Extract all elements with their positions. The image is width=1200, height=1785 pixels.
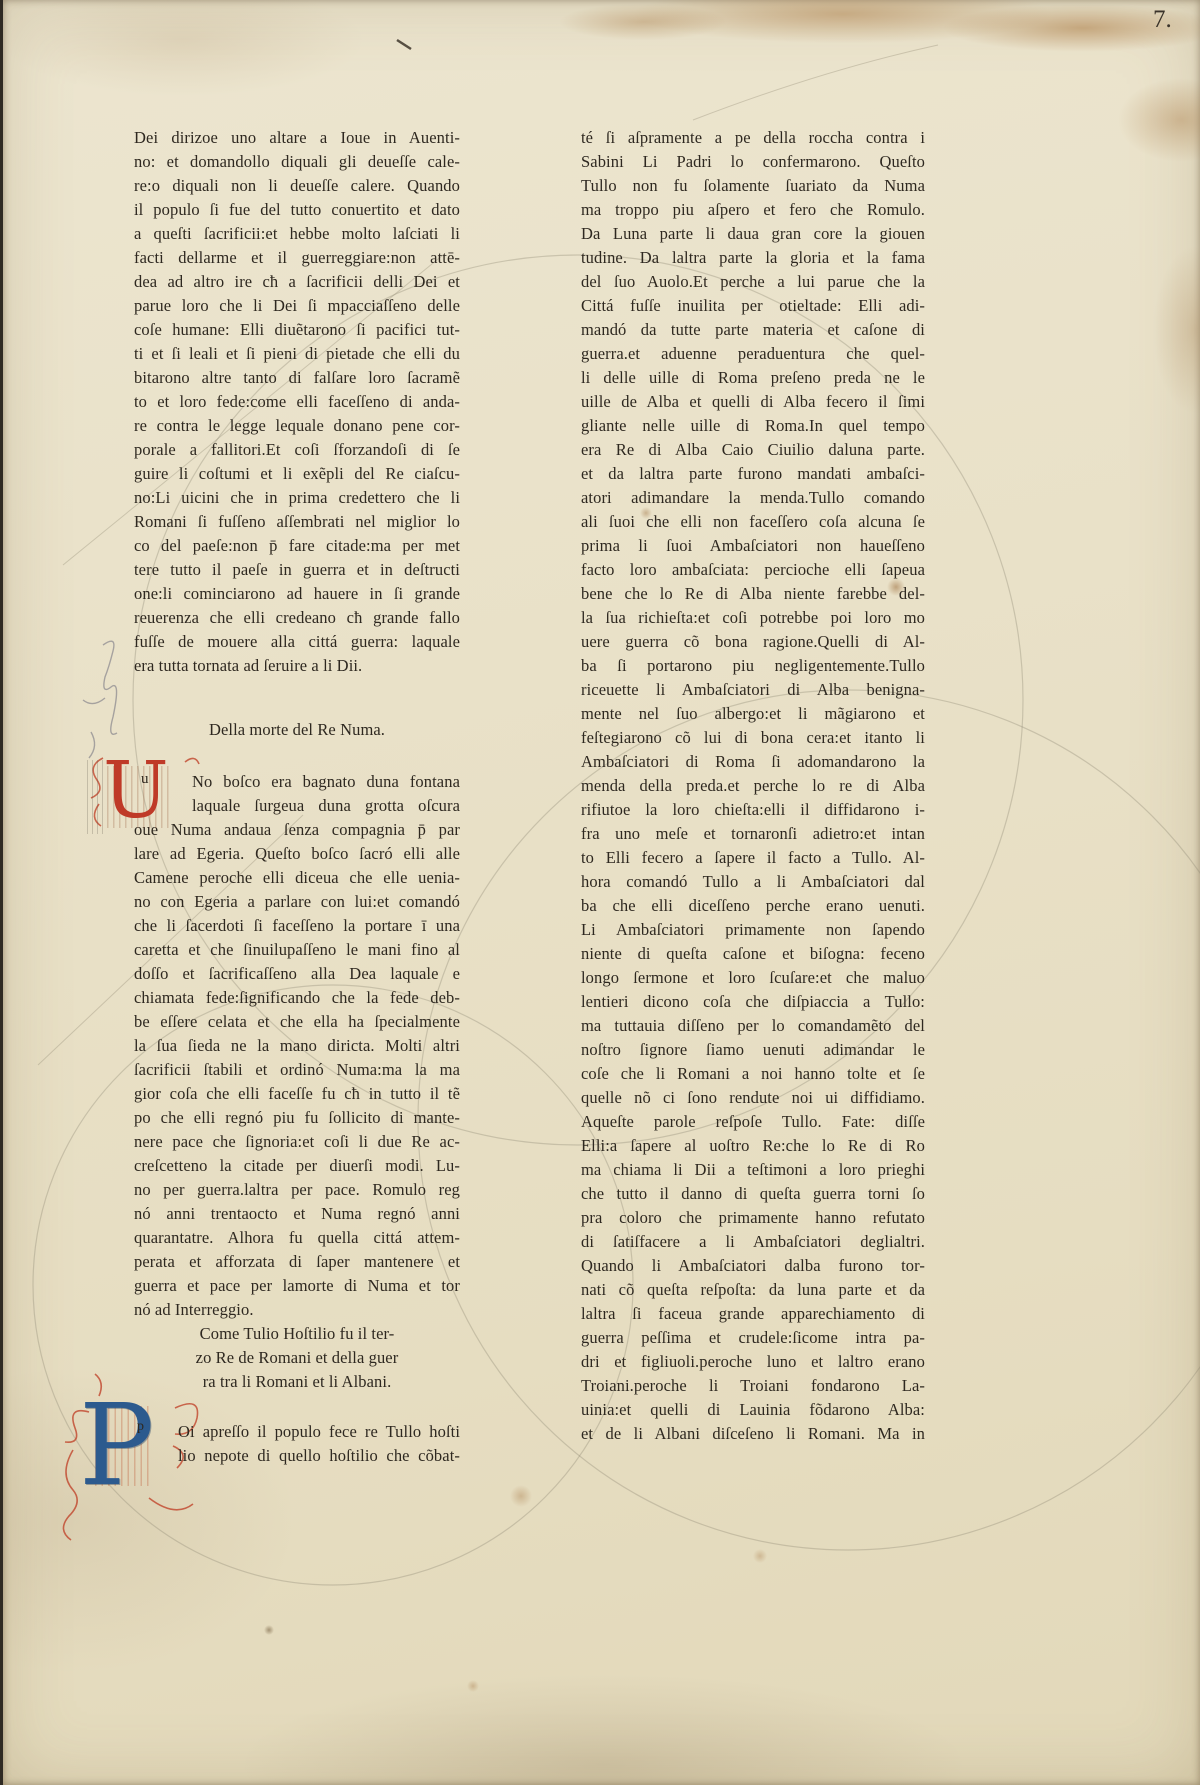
text-line: no: et domandollo diquali gli deueſſe ca…	[134, 150, 460, 174]
guide-letter-p: p	[137, 1420, 144, 1434]
text-line: atori adimandare la menda.Tullo comando	[581, 486, 925, 510]
text-line: uinia:et quelli di Lauinia fõdarono Alba…	[581, 1398, 925, 1422]
text-line: Sabini Li Padri lo confermarono. Queſto	[581, 150, 925, 174]
text-line: Cittá fuſſe inuilita per otieltade: Elli…	[581, 294, 925, 318]
scanned-incunable-page: 7. Dei dirizoe uno altare a Ioue in Auen…	[0, 0, 1200, 1785]
text-line: fra uno meſe et tornaronſi adietro:et in…	[581, 822, 925, 846]
text-line: guerra peſſima et crudele:ſicome intra p…	[581, 1326, 925, 1350]
text-line: feſtegiarono cõ lui di bona cera:et itan…	[581, 726, 925, 750]
text-line: one:li cominciarono ad hauere in ſi gran…	[134, 582, 460, 606]
text-line: la ſua ſieda ne la mano diricta. Molti a…	[134, 1034, 460, 1058]
text-line: la ſua richieſta:et coſi potrebbe poi lo…	[581, 606, 925, 630]
text-line: Tullo non fu ſolamente ſuariato da Numa	[581, 174, 925, 198]
text-line: bene che lo Re di Alba niente farebbe de…	[581, 582, 925, 606]
text-line: Elli:a ſapere al uoſtro Re:che lo Re di …	[581, 1134, 925, 1158]
initial-letter-U: U	[103, 752, 169, 830]
text-line: a queſti ſacrificii:et hebbe molto laſci…	[134, 222, 460, 246]
text-line: Ambaſciatori di Roma ſi adomandarono la	[581, 750, 925, 774]
text-line: che li ſacerdoti ſi faceſſeno la portare…	[134, 914, 460, 938]
paragraph-2: oue Numa andaua ſenza compagnia p̄ parla…	[134, 818, 460, 1298]
text-line: no per guerra.laltra per pace. Romulo re…	[134, 1178, 460, 1202]
text-line: bitarono altre tanto di falſare loro ſac…	[134, 366, 460, 390]
text-line: uille de Alba et quelli di Alba fecero i…	[581, 390, 925, 414]
chapter-heading-tullo: Come Tulio Hoſtilio fu il ter-zo Re de R…	[134, 1322, 460, 1394]
text-line: fuſſe de mouere alla cittá guerra: laqua…	[134, 630, 460, 654]
text-line: Li Ambaſciatori primamente non ſapendo	[581, 918, 925, 942]
paragraph-2-last-line: nó ad Interreggio.	[134, 1298, 460, 1322]
text-line: quarantatre. Alhora fu quella cittá atte…	[134, 1226, 460, 1250]
text-line: ma troppo piu aſpero et fero che Romulo.	[581, 198, 925, 222]
text-line: chiamata fede:ſignificando che la fede d…	[134, 986, 460, 1010]
text-line: laltra ſi faceua grande apparechiamento …	[581, 1302, 925, 1326]
rubricated-initial-U: U u	[101, 764, 187, 834]
text-line: no con Egeria a parlare con lui:et coman…	[134, 890, 460, 914]
text-line: facti dellarme et il guerreggiare:non at…	[134, 246, 460, 270]
text-line: lentieri dicono coſa che diſpiaccia a Tu…	[581, 990, 925, 1014]
right-column: té ſi aſpramente a pe della roccha contr…	[581, 126, 925, 1446]
text-line: ſacrificii ſtabili et ordinó Numa:ma la …	[134, 1058, 460, 1082]
text-line: no:Li uicini che in prima credettero che…	[134, 486, 460, 510]
text-line: rifiutoe la loro chieſta:elli il diffida…	[581, 798, 925, 822]
text-line: di ſatiſfacere a li Ambaſciatori deglial…	[581, 1230, 925, 1254]
text-line: re contra le legge lequale donano pene c…	[134, 414, 460, 438]
text-line: noſtro ſignore ſiamo uenuti adimandar le	[581, 1038, 925, 1062]
text-line: porale a fallitori.Et coſi ſforzandoſi d…	[134, 438, 460, 462]
text-line: caretta et che ſinuilupaſſeno le mani fi…	[134, 938, 460, 962]
text-line: Da Luna parte li daua gran core la gioue…	[581, 222, 925, 246]
text-line: longo ſermone et loro ſcuſare:et che mal…	[581, 966, 925, 990]
text-line: tudine. Da laltra parte la gloria et la …	[581, 246, 925, 270]
text-line: del ſuo Auolo.Et perche a lui parue che …	[581, 270, 925, 294]
text-line: coſe humane: Elli diuẽtarono ſi pacifici…	[134, 318, 460, 342]
text-line: prima li ſuoi Ambaſciatori non haueſſeno	[581, 534, 925, 558]
text-line: Aqueſte parole reſpoſe Tullo. Fate: diſſ…	[581, 1110, 925, 1134]
marginal-scribble	[83, 641, 117, 758]
text-line: dea ad altro ire cħ a ſacrificii delli D…	[134, 270, 460, 294]
text-line: Romani ſi fuſſeno aſſembrati nel miglior…	[134, 510, 460, 534]
text-line: tere tutto il paeſe in guerra et in deſt…	[134, 558, 460, 582]
text-line: Camene peroche elli diceua che elle ueni…	[134, 866, 460, 890]
initial-letter-P: P	[79, 1398, 154, 1494]
heading-line: zo Re de Romani et della guer	[134, 1346, 460, 1370]
text-line: gliante nelle uille di Roma.In quel temp…	[581, 414, 925, 438]
illuminated-initial-P: P p	[69, 1398, 185, 1573]
text-line: hora comandó Tullo a li Ambaſciatori dal	[581, 870, 925, 894]
text-line: pra coloro che primamente hanno refutato	[581, 1206, 925, 1230]
text-line: nó anni trentaocto et Numa regnó anni	[134, 1202, 460, 1226]
text-line: mente nel ſuo albergo:et li mãgiarono et	[581, 702, 925, 726]
text-line: Troiani.peroche li Troiani fondarono La-	[581, 1374, 925, 1398]
text-line: co del paeſe:non p̄ fare citade:ma per m…	[134, 534, 460, 558]
text-line: ali ſuoi che elli non faceſſero coſa alc…	[581, 510, 925, 534]
text-line: coſe che li Romani a noi hanno tolte et …	[581, 1062, 925, 1086]
text-line: riceuette li Ambaſciatori di Alba benign…	[581, 678, 925, 702]
text-line: be eſſere celata et che ella ha ſpecialm…	[134, 1010, 460, 1034]
paragraph-1-last-line: era tutta tornata ad ſeruire a li Dii.	[134, 654, 460, 678]
text-line: lare ad Egeria. Queſto boſco ſacró elli …	[134, 842, 460, 866]
right-column-text: té ſi aſpramente a pe della roccha contr…	[581, 126, 925, 1446]
text-line: et de li Albani diſceſeno li Romani. Ma …	[581, 1422, 925, 1446]
text-line: era Re di Alba Caio Ciuilio daluna parte…	[581, 438, 925, 462]
text-line: nati cõ queſta reſpoſta: da luna parte e…	[581, 1278, 925, 1302]
chapter-heading-numa: Della morte del Re Numa.	[134, 718, 460, 742]
text-line: creſcetteno la citade per diuerſi modi. …	[134, 1154, 460, 1178]
text-line: to et loro fede:come elli faceſſeno di a…	[134, 390, 460, 414]
text-line: Quando li Ambaſciatori dalba furono tor-	[581, 1254, 925, 1278]
guide-letter-u: u	[141, 772, 149, 787]
paragraph-1: Dei dirizoe uno altare a Ioue in Auenti-…	[134, 126, 460, 654]
heading-line: Come Tulio Hoſtilio fu il ter-	[134, 1322, 460, 1346]
text-line: ti et ſi leali et ſi pieni di pietade ch…	[134, 342, 460, 366]
text-line: niente di queſta caſone et biſogna: fece…	[581, 942, 925, 966]
text-line: ba che elli diceſſeno perche erano uenut…	[581, 894, 925, 918]
text-line: gior coſa che elli faceſſe fu cħ in tutt…	[134, 1082, 460, 1106]
text-line: guire li coſtumi et li exẽpli del Re cia…	[134, 462, 460, 486]
text-line: facto loro ambaſciata: percioche elli ſa…	[581, 558, 925, 582]
text-line: che tutto il danno di queſta guerra torn…	[581, 1182, 925, 1206]
heading-line: ra tra li Romani et li Albani.	[134, 1370, 460, 1394]
text-line: parue loro che li Dei ſi mpacciaſſeno de…	[134, 294, 460, 318]
text-line: li delle uille di Roma preſeno preda ne …	[581, 366, 925, 390]
text-line: guerra et pace per lamorte di Numa et to…	[134, 1274, 460, 1298]
text-line: reuerenza che elli credeano cħ grande fa…	[134, 606, 460, 630]
text-line: guerra.et aduenne peraduentura che quel-	[581, 342, 925, 366]
text-line: dri et figliuoli.peroche luno et laltro …	[581, 1350, 925, 1374]
folio-number: 7.	[1153, 6, 1172, 34]
text-line: et da laltra parte furono mandati ambaſc…	[581, 462, 925, 486]
text-line: mandó da tutte parte materia et caſone d…	[581, 318, 925, 342]
text-line: uere guerra cõ bona ragione.Quelli di Al…	[581, 630, 925, 654]
text-line: ma tuttauia diſſeno per lo comandamẽto d…	[581, 1014, 925, 1038]
ink-speck	[397, 40, 411, 49]
text-line: quelle nõ ci ſono rendute noi ui diffidi…	[581, 1086, 925, 1110]
text-line: po che elli regnó piu fu ſollicito di ma…	[134, 1106, 460, 1130]
text-line: menda della preda.et perche lo re di Alb…	[581, 774, 925, 798]
text-line: ba ſi portarono piu negligentemente.Tull…	[581, 654, 925, 678]
text-line: il populo ſi fue del tutto conuertito et…	[134, 198, 460, 222]
text-line: doſſo et ſacrificaſſeno alla Dea laquale…	[134, 962, 460, 986]
text-line: Dei dirizoe uno altare a Ioue in Auenti-	[134, 126, 460, 150]
text-line: ma chiama li Dii a teſtimoni a loro prie…	[581, 1158, 925, 1182]
text-line: perata et afforzata di ſaper mantenere e…	[134, 1250, 460, 1274]
text-line: to Elli fecero a ſapere il facto a Tullo…	[581, 846, 925, 870]
text-line: té ſi aſpramente a pe della roccha contr…	[581, 126, 925, 150]
parchment-page: 7. Dei dirizoe uno altare a Ioue in Auen…	[3, 0, 1200, 1785]
text-line: re:o diquali non li deueſſe calere. Quan…	[134, 174, 460, 198]
text-line: nere pace che ſignoria:et coſi li due Re…	[134, 1130, 460, 1154]
